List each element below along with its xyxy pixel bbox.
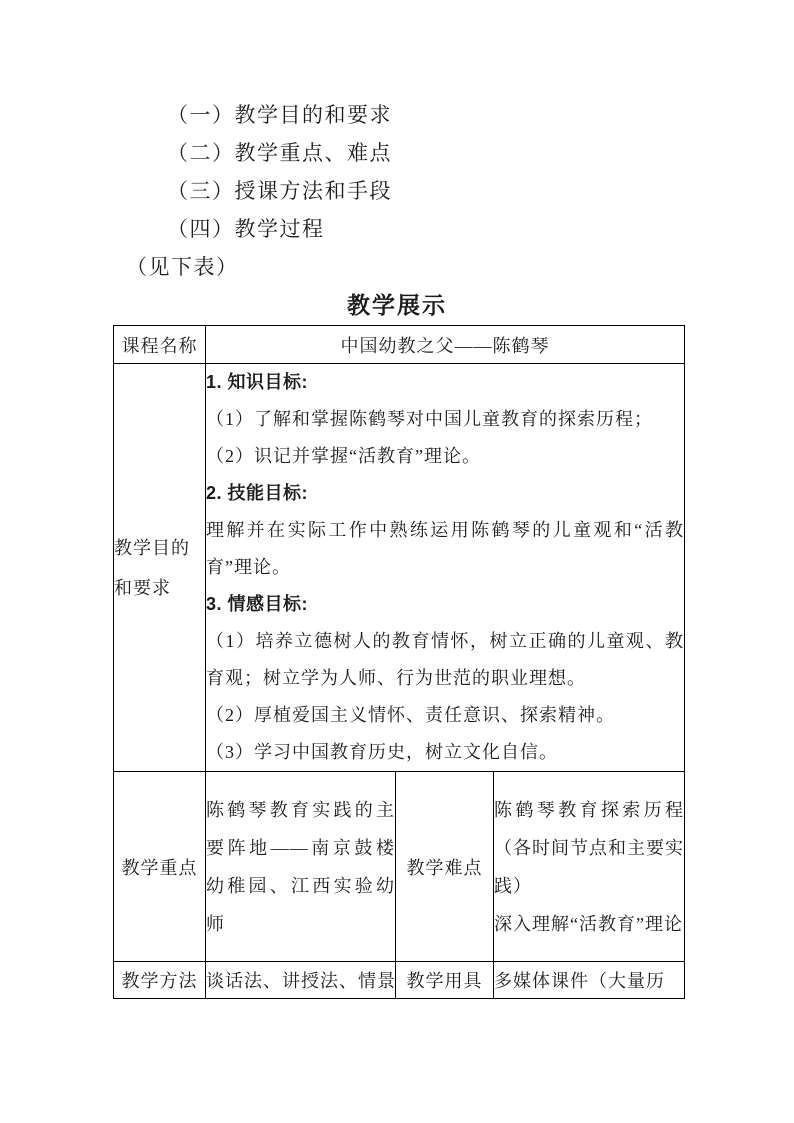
intro-item-2: （二）教学重点、难点 [0, 134, 794, 172]
lesson-plan-table: 课程名称 中国幼教之父——陈鹤琴 教学目的和要求 1. 知识目标: （1）了解和… [113, 325, 685, 999]
objectives-content: 1. 知识目标: （1）了解和掌握陈鹤琴对中国儿童教育的探索历程； （2）识记并… [206, 364, 685, 772]
methods-value: 谈话法、讲授法、情景 [206, 962, 396, 999]
objective-heading-emotion: 3. 情感目标: [206, 586, 684, 623]
difficulties-value: 陈鹤琴教育探索历程（各时间节点和主要实践） 深入理解“活教育”理论 [494, 772, 685, 962]
intro-list: （一）教学目的和要求 （二）教学重点、难点 （三）授课方法和手段 （四）教学过程… [0, 0, 794, 286]
course-name-label: 课程名称 [114, 326, 206, 364]
difficulties-label: 教学难点 [396, 772, 494, 962]
tools-value: 多媒体课件（大量历 [494, 962, 685, 999]
objective-paragraph: （1）培养立德树人的教育情怀，树立正确的儿童观、教育观；树立学为人师、行为世范的… [206, 623, 684, 697]
table-row-objectives: 教学目的和要求 1. 知识目标: （1）了解和掌握陈鹤琴对中国儿童教育的探索历程… [114, 364, 685, 772]
key-points-value: 陈鹤琴教育实践的主要阵地——南京鼓楼幼稚园、江西实验幼师 [206, 772, 396, 962]
table-row-keypoints: 教学重点 陈鹤琴教育实践的主要阵地——南京鼓楼幼稚园、江西实验幼师 教学难点 陈… [114, 772, 685, 962]
objectives-label: 教学目的和要求 [114, 364, 206, 772]
objective-heading-knowledge: 1. 知识目标: [206, 364, 684, 401]
difficulties-paragraph: 深入理解“活教育”理论 [494, 905, 684, 943]
key-points-label: 教学重点 [114, 772, 206, 962]
document-page: { "intro": { "items": [ "（一）教学目的和要求", "（… [0, 0, 794, 1123]
objective-paragraph: 理解并在实际工作中熟练运用陈鹤琴的儿童观和“活教育”理论。 [206, 512, 684, 586]
objective-paragraph: （1）了解和掌握陈鹤琴对中国儿童教育的探索历程； [206, 401, 684, 438]
intro-item-4: （四）教学过程 [0, 210, 794, 248]
table-row-methods: 教学方法 谈话法、讲授法、情景 教学用具 多媒体课件（大量历 [114, 962, 685, 999]
tools-label: 教学用具 [396, 962, 494, 999]
key-points-text: 陈鹤琴教育实践的主要阵地——南京鼓楼幼稚园、江西实验幼师 [206, 791, 395, 943]
intro-item-1: （一）教学目的和要求 [0, 96, 794, 134]
objective-paragraph: （3）学习中国教育历史，树立文化自信。 [206, 734, 684, 771]
intro-item-see-table: （见下表） [0, 248, 794, 286]
intro-item-3: （三）授课方法和手段 [0, 172, 794, 210]
course-name-value: 中国幼教之父——陈鹤琴 [206, 326, 685, 364]
objective-heading-skill: 2. 技能目标: [206, 475, 684, 512]
objective-paragraph: （2）识记并掌握“活教育”理论。 [206, 438, 684, 475]
table-row-course: 课程名称 中国幼教之父——陈鹤琴 [114, 326, 685, 364]
section-title: 教学展示 [0, 286, 794, 321]
methods-label: 教学方法 [114, 962, 206, 999]
objective-paragraph: （2）厚植爱国主义情怀、责任意识、探索精神。 [206, 697, 684, 734]
difficulties-paragraph: 陈鹤琴教育探索历程（各时间节点和主要实践） [494, 791, 684, 905]
